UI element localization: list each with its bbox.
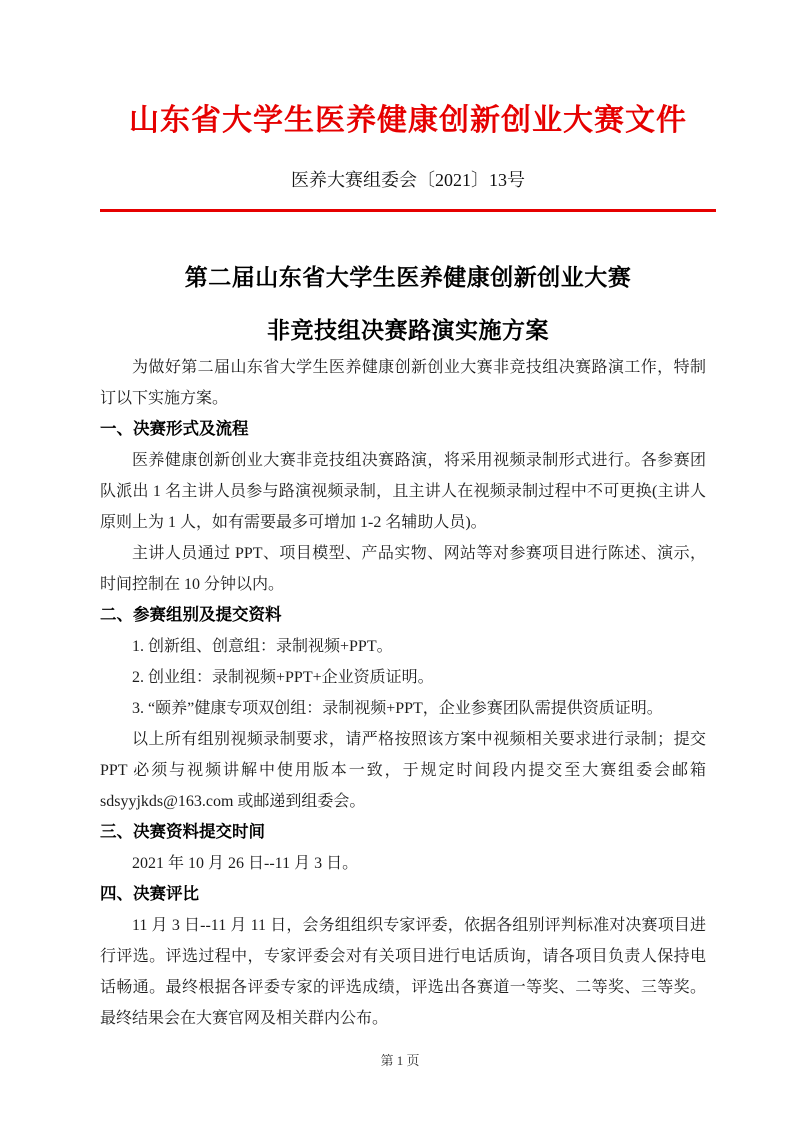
paragraph: 医养健康创新创业大赛非竞技组决赛路演，将采用视频录制形式进行。各参赛团队派出 1…	[100, 445, 706, 538]
section-heading-3: 三、决赛资料提交时间	[100, 817, 706, 848]
section-heading-2: 二、参赛组别及提交资料	[100, 600, 706, 631]
paragraph: 以上所有组别视频录制要求，请严格按照该方案中视频相关要求进行录制；提交 PPT …	[100, 724, 706, 817]
list-item: 3. “颐养”健康专项双创组：录制视频+PPT，企业参赛团队需提供资质证明。	[100, 693, 706, 724]
intro-paragraph: 为做好第二届山东省大学生医养健康创新创业大赛非竞技组决赛路演工作，特制订以下实施…	[100, 352, 706, 414]
document-content: 山东省大学生医养健康创新创业大赛文件 医养大赛组委会〔2021〕13号 第二届山…	[100, 0, 716, 1034]
red-divider-line	[100, 209, 716, 212]
doc-number: 医养大赛组委会〔2021〕13号	[100, 168, 716, 192]
list-item: 2. 创业组：录制视频+PPT+企业资质证明。	[100, 662, 706, 693]
doc-title-line1: 第二届山东省大学生医养健康创新创业大赛	[100, 262, 716, 292]
paragraph: 主讲人员通过 PPT、项目模型、产品实物、网站等对参赛项目进行陈述、演示，时间控…	[100, 538, 706, 600]
doc-title-line2: 非竞技组决赛路演实施方案	[100, 315, 716, 345]
section-heading-1: 一、决赛形式及流程	[100, 414, 706, 445]
document-body: 为做好第二届山东省大学生医养健康创新创业大赛非竞技组决赛路演工作，特制订以下实施…	[100, 352, 706, 1034]
letterhead-title: 山东省大学生医养健康创新创业大赛文件	[100, 100, 716, 142]
list-item: 1. 创新组、创意组：录制视频+PPT。	[100, 631, 706, 662]
page-number: 第 1 页	[0, 1053, 800, 1069]
paragraph: 11 月 3 日--11 月 11 日，会务组组织专家评委，依据各组别评判标准对…	[100, 910, 706, 1034]
section-heading-4: 四、决赛评比	[100, 879, 706, 910]
paragraph: 2021 年 10 月 26 日--11 月 3 日。	[100, 848, 706, 879]
document-page: 山东省大学生医养健康创新创业大赛文件 医养大赛组委会〔2021〕13号 第二届山…	[0, 0, 800, 1131]
